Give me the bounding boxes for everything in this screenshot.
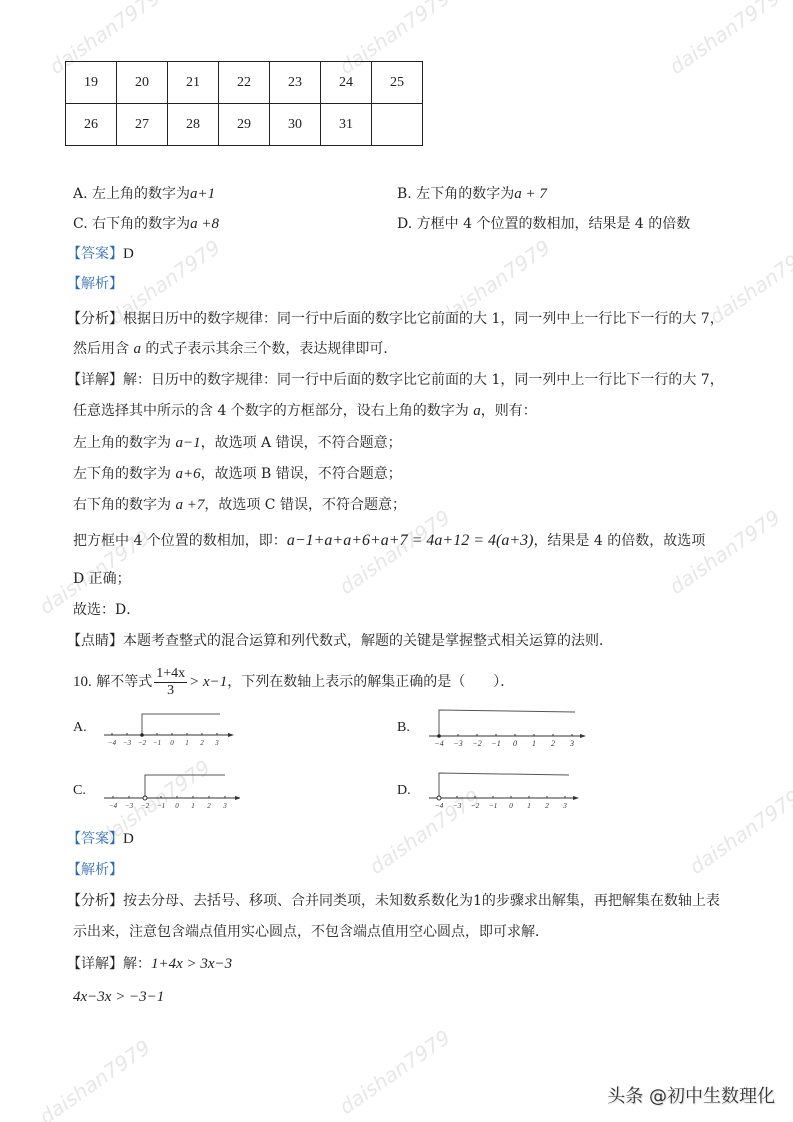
svg-text:1: 1 xyxy=(191,802,195,810)
q10-step: 4x−3x > −3−1 xyxy=(73,987,164,1007)
expr: > x−1 xyxy=(189,674,227,690)
option-label: A. xyxy=(73,186,88,202)
analysis-tag: 【解析】 xyxy=(67,276,123,292)
q9-option-c: C. 右下角的数字为a +8 xyxy=(73,214,219,234)
number-line-b: −4−3−2−1 0123 xyxy=(425,703,590,748)
q9-xiangjie-line1: 【详解】解：日历中的数字规律：同一行中后面的数字比它前面的大 1，同一列中上一行… xyxy=(67,370,724,390)
xiangjie-text: 解：日历中的数字规律：同一行中后面的数字比它前面的大 1，同一列中上一行比下一行… xyxy=(123,372,724,388)
calendar-cell: 23 xyxy=(270,62,321,104)
svg-text:0: 0 xyxy=(513,739,517,748)
option-expr: a +8 xyxy=(190,216,219,232)
q9-fenxi-line1: 【分析】根据日历中的数字规律：同一行中后面的数字比它前面的大 1，同一列中上一行… xyxy=(67,309,724,329)
watermark: daishan7979 xyxy=(335,1025,455,1119)
xiangjie-tag: 【详解】 xyxy=(67,956,123,972)
calendar-cell: 24 xyxy=(321,62,372,104)
watermark: daishan7979 xyxy=(665,0,785,79)
text: 的式子表示其余三个数，表达规律即可． xyxy=(141,341,397,357)
q10-fenxi-line2: 示出来，注意包含端点值用实心圆点，不包含端点值用空心圆点，即可求解． xyxy=(73,922,549,942)
calendar-cell: 29 xyxy=(219,104,270,146)
svg-text:1: 1 xyxy=(527,801,531,810)
svg-text:1: 1 xyxy=(185,739,189,747)
calendar-cell: 20 xyxy=(117,62,168,104)
text: ，故选项 B 错误，不符合题意； xyxy=(201,466,402,482)
calendar-cell: 30 xyxy=(270,104,321,146)
option-text: 左下角的数字为 xyxy=(416,186,514,202)
q9-answer: 【答案】D xyxy=(67,244,134,264)
q9-dianjing: 【点睛】本题考查整式的混合运算和列代数式，解题的关键是掌握整式相关运算的法则． xyxy=(67,631,613,651)
q9-option-b: B. 左下角的数字为a + 7 xyxy=(397,184,547,204)
var: a xyxy=(473,403,481,419)
svg-text:−3: −3 xyxy=(453,801,462,810)
q9-analysis-heading: 【解析】 xyxy=(67,274,123,294)
watermark: daishan7979 xyxy=(685,785,793,879)
frac-denominator: 3 xyxy=(154,683,187,699)
expr: a +7 xyxy=(175,497,204,513)
q10-xiangjie: 【详解】解：1+4x > 3x−3 xyxy=(67,954,232,974)
text: ，下列在数轴上表示的解集正确的是（ ）． xyxy=(227,674,514,690)
number-line-d: −4−3−2−1 0123 xyxy=(425,767,585,810)
calendar-cell: 22 xyxy=(219,62,270,104)
watermark: daishan7979 xyxy=(335,505,455,599)
q9-step2: 左下角的数字为 a+6，故选项 B 错误，不符合题意； xyxy=(73,464,402,484)
q9-sum-line2: D 正确； xyxy=(73,569,131,589)
option-label: D. xyxy=(397,216,412,232)
text: 任意选择其中所示的含 4 个数字的方框部分，设右上角的数字为 xyxy=(73,403,473,419)
question-number: 10. xyxy=(73,674,92,690)
option-text: 右下角的数字为 xyxy=(92,216,190,232)
q10-prompt: 10. 解不等式1+4x3> x−1，下列在数轴上表示的解集正确的是（ ）． xyxy=(73,664,514,700)
q9-step3: 右下角的数字为 a +7，故选项 C 错误，不符合题意； xyxy=(73,495,406,515)
svg-text:2: 2 xyxy=(551,739,555,748)
footer-credit: 头条 @初中生数理化 xyxy=(607,1082,775,1108)
svg-text:0: 0 xyxy=(175,802,179,810)
svg-text:−2: −2 xyxy=(141,802,150,810)
xiangjie-tag: 【详解】 xyxy=(67,372,123,388)
svg-text:−1: −1 xyxy=(157,802,165,810)
text: ，故选项 A 错误，不符合题意； xyxy=(201,435,402,451)
expr: 4x−3x > −3−1 xyxy=(73,989,164,1005)
svg-text:−1: −1 xyxy=(491,739,500,748)
fenxi-text: 按去分母、去括号、移项、合并同类项，未知数系数化为1的步骤求出解集，再把解集在数… xyxy=(123,893,720,909)
q9-option-d: D. 方框中 4 个位置的数相加，结果是 4 的倍数 xyxy=(397,214,690,234)
svg-text:3: 3 xyxy=(222,802,227,810)
svg-text:−1: −1 xyxy=(489,801,498,810)
svg-text:−2: −2 xyxy=(471,801,480,810)
svg-text:−3: −3 xyxy=(123,739,132,747)
calendar-cell: 19 xyxy=(66,62,117,104)
watermark: daishan7979 xyxy=(665,505,785,599)
fraction: 1+4x3 xyxy=(154,666,187,699)
sum-expr: a−1+a+a+6+a+7 = 4a+12 = 4(a+3) xyxy=(287,532,534,549)
fenxi-tag: 【分析】 xyxy=(67,311,123,327)
q10-analysis-heading: 【解析】 xyxy=(67,860,123,880)
q10-option-b-label: B. xyxy=(397,720,410,736)
svg-text:1: 1 xyxy=(532,739,536,748)
option-label: B. xyxy=(397,186,412,202)
svg-text:−4: −4 xyxy=(435,801,444,810)
option-expr: a+1 xyxy=(190,186,215,202)
q10-option-c-label: C. xyxy=(73,783,86,799)
frac-numerator: 1+4x xyxy=(154,666,187,683)
calendar-cell xyxy=(372,104,423,146)
number-line-a: −4−3−2−1 0123 xyxy=(100,708,235,748)
calendar-cell: 26 xyxy=(66,104,117,146)
q9-option-a: A. 左上角的数字为a+1 xyxy=(73,184,215,204)
text: ，则有： xyxy=(481,403,537,419)
answer-tag: 【答案】 xyxy=(67,246,123,262)
calendar-cell: 21 xyxy=(168,62,219,104)
calendar-cell: 31 xyxy=(321,104,372,146)
expr: a+6 xyxy=(175,466,200,482)
expr: a−1 xyxy=(175,435,200,451)
q9-choose: 故选：D． xyxy=(73,600,140,620)
q10-answer: 【答案】D xyxy=(67,829,134,849)
text: 解： xyxy=(123,956,151,972)
q10-option-d-label: D. xyxy=(397,783,411,799)
answer-value: D xyxy=(123,831,134,847)
svg-text:−4: −4 xyxy=(434,739,443,748)
svg-text:3: 3 xyxy=(569,739,574,748)
number-line-c: −4−3−2−1 0123 xyxy=(100,768,240,810)
calendar-cell: 27 xyxy=(117,104,168,146)
analysis-tag: 【解析】 xyxy=(67,862,123,878)
calendar-cell: 28 xyxy=(168,104,219,146)
svg-text:−3: −3 xyxy=(125,802,134,810)
answer-value: D xyxy=(123,246,134,262)
svg-text:−2: −2 xyxy=(472,739,481,748)
svg-text:2: 2 xyxy=(545,801,549,810)
dianjing-tag: 【点睛】 xyxy=(67,633,123,649)
calendar-row: 26 27 28 29 30 31 xyxy=(66,104,423,146)
svg-text:−3: −3 xyxy=(453,739,462,748)
option-expr: a + 7 xyxy=(514,186,547,202)
text: 右下角的数字为 xyxy=(73,497,175,513)
expr: 1+4x > 3x−3 xyxy=(151,956,232,972)
q10-option-a-label: A. xyxy=(73,720,87,736)
fenxi-tag: 【分析】 xyxy=(67,893,123,909)
svg-text:3: 3 xyxy=(562,801,567,810)
text: ，结果是 4 的倍数，故选项 xyxy=(533,533,705,549)
calendar-table: 19 20 21 22 23 24 25 26 27 28 29 30 31 xyxy=(65,61,423,146)
svg-text:−2: −2 xyxy=(138,739,147,747)
svg-text:−1: −1 xyxy=(153,739,161,747)
q9-xiangjie-line2: 任意选择其中所示的含 4 个数字的方框部分，设右上角的数字为 a，则有： xyxy=(73,401,537,421)
fenxi-text: 根据日历中的数字规律：同一行中后面的数字比它前面的大 1，同一列中上一行比下一行… xyxy=(123,311,724,327)
text: 解不等式 xyxy=(96,674,152,690)
svg-text:0: 0 xyxy=(170,739,174,747)
svg-text:−4: −4 xyxy=(108,739,117,747)
option-label: C. xyxy=(73,216,88,232)
q9-fenxi-line2: 然后用含 a 的式子表示其余三个数，表达规律即可． xyxy=(73,339,397,359)
svg-text:−4: −4 xyxy=(109,802,118,810)
svg-text:3: 3 xyxy=(214,739,219,747)
dianjing-text: 本题考查整式的混合运算和列代数式，解题的关键是掌握整式相关运算的法则． xyxy=(123,633,613,649)
option-text: 方框中 4 个位置的数相加，结果是 4 的倍数 xyxy=(417,216,691,232)
svg-text:2: 2 xyxy=(207,802,211,810)
svg-text:2: 2 xyxy=(200,739,204,747)
text: 把方框中 4 个位置的数相加，即： xyxy=(73,533,287,549)
answer-tag: 【答案】 xyxy=(67,831,123,847)
calendar-row: 19 20 21 22 23 24 25 xyxy=(66,62,423,104)
option-text: 左上角的数字为 xyxy=(92,186,190,202)
watermark: daishan7979 xyxy=(35,1035,155,1122)
calendar-cell: 25 xyxy=(372,62,423,104)
text: 左上角的数字为 xyxy=(73,435,175,451)
q9-step1: 左上角的数字为 a−1，故选项 A 错误，不符合题意； xyxy=(73,433,402,453)
q9-sum: 把方框中 4 个位置的数相加，即：a−1+a+a+6+a+7 = 4a+12 =… xyxy=(73,531,705,551)
text: ，故选项 C 错误，不符合题意； xyxy=(204,497,406,513)
text: 然后用含 xyxy=(73,341,133,357)
var: a xyxy=(133,341,141,357)
text: 左下角的数字为 xyxy=(73,466,175,482)
q10-fenxi-line1: 【分析】按去分母、去括号、移项、合并同类项，未知数系数化为1的步骤求出解集，再把… xyxy=(67,891,720,911)
svg-text:0: 0 xyxy=(509,801,513,810)
